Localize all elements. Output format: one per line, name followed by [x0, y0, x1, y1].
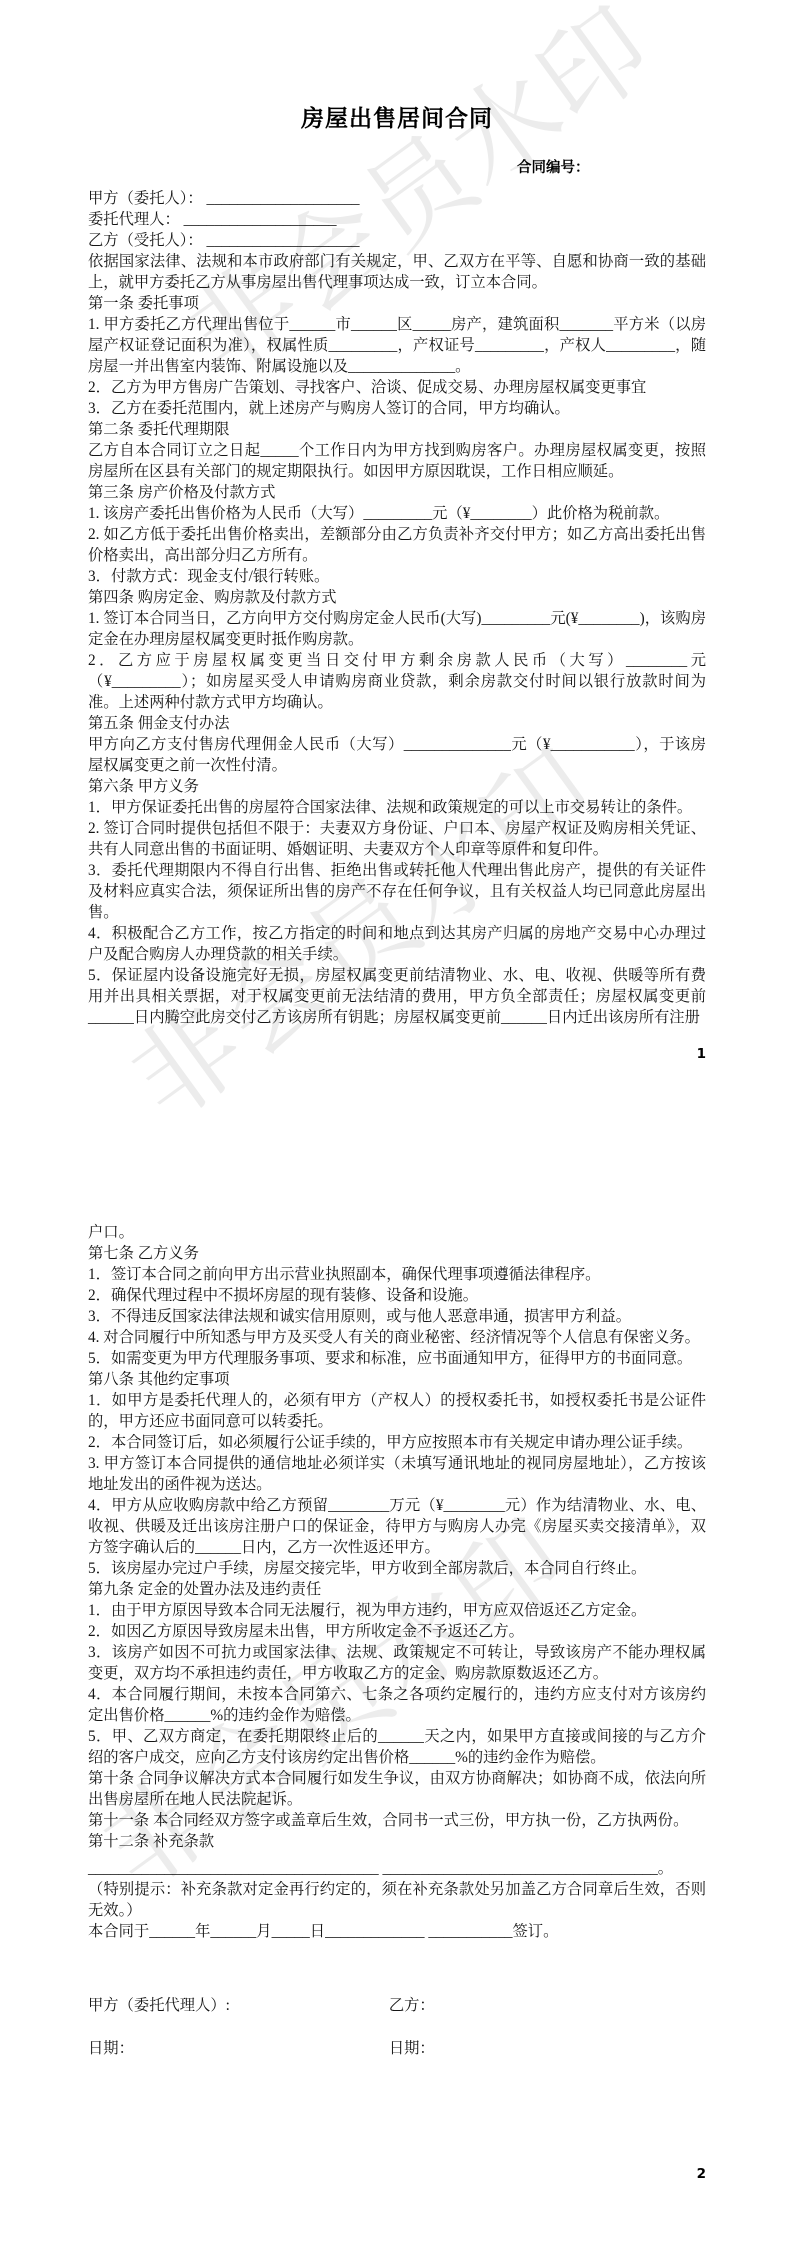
paragraph: 3．乙方在委托范围内，就上述房产与购房人签订的合同，甲方均确认。 [88, 398, 706, 419]
paragraph: 第二条 委托代理期限 [88, 419, 706, 440]
paragraph: 1．甲方保证委托出售的房屋符合国家法律、法规和政策规定的可以上市交易转让的条件。 [88, 797, 706, 818]
signature-party-b-label: 乙方： [389, 1995, 435, 2016]
signature-date-label-a: 日期： [88, 2038, 385, 2059]
paragraph: 第三条 房产价格及付款方式 [88, 482, 706, 503]
paragraph: 2. 签订合同时提供包括但不限于：夫妻双方身份证、户口本、房屋产权证及购房相关凭… [88, 818, 706, 860]
paragraph: 4．甲方从应收购房款中给乙方预留________万元（¥________元）作为… [88, 1495, 706, 1558]
paragraph: 第九条 定金的处置办法及违约责任 [88, 1579, 706, 1600]
signature-dates-row: 日期： 日期： [88, 2038, 706, 2059]
paragraph: 5．保证屋内设备设施完好无损，房屋权属变更前结清物业、水、电、收视、供暖等所有费… [88, 965, 706, 1028]
paragraph: ______________________________________ _… [88, 1858, 706, 1879]
paragraph: 乙方自本合同订立之日起_____个工作日内为甲方找到购房客户。办理房屋权属变更，… [88, 440, 706, 482]
paragraph: 乙方（受托人）： ____________________ [88, 230, 706, 251]
paragraph: 5．该房屋办完过户手续，房屋交接完毕，甲方收到全部房款后，本合同自行终止。 [88, 1558, 706, 1579]
paragraph: （特别提示：补充条款对定金再行约定的，须在补充条款处另加盖乙方合同章后生效，否则… [88, 1879, 706, 1921]
paragraph: 甲方（委托人）： ____________________ [88, 188, 706, 209]
paragraph: 3．该房产如因不可抗力或国家法律、法规、政策规定不可转让，导致该房产不能办理权属… [88, 1642, 706, 1684]
document-title: 房屋出售居间合同 [88, 100, 706, 133]
paragraph: 第十一条 本合同经双方签字或盖章后生效，合同书一式三份，甲方执一份，乙方执两份。 [88, 1810, 706, 1831]
page-number: 1 [697, 1046, 706, 1062]
page-2-paragraphs: 户口。第七条 乙方义务1．签订本合同之前向甲方出示营业执照副本，确保代理事项遵循… [88, 1222, 706, 1942]
paragraph: 3. 甲方签订本合同提供的通信地址必须详实（未填写通讯地址的视同房屋地址），乙方… [88, 1453, 706, 1495]
paragraph: 3．委托代理期限内不得自行出售、拒绝出售或转托他人代理出售此房产，提供的有关证件… [88, 860, 706, 923]
paragraph: 第七条 乙方义务 [88, 1243, 706, 1264]
paragraph: 4. 对合同履行中所知悉与甲方及买受人有关的商业秘密、经济情况等个人信息有保密义… [88, 1327, 706, 1348]
contract-document: 非会员水印 非会员水印 非会员水印 房屋出售居间合同 合同编号： 甲方（委托人）… [0, 0, 793, 2244]
paragraph: 委托代理人： ____________________ [88, 209, 706, 230]
paragraph: 3．付款方式：现金支付/银行转账。 [88, 566, 706, 587]
page-1-paragraphs: 甲方（委托人）： ____________________委托代理人： ____… [88, 188, 706, 1028]
paragraph: 2．乙方为甲方售房广告策划、寻找客户、洽谈、促成交易、办理房屋权属变更事宜 [88, 377, 706, 398]
paragraph: 2．确保代理过程中不损坏房屋的现有装修、设备和设施。 [88, 1285, 706, 1306]
paragraph: 4．本合同履行期间，未按本合同第六、七条之各项约定履行的，违约方应支付对方该房约… [88, 1684, 706, 1726]
paragraph: 第八条 其他约定事项 [88, 1369, 706, 1390]
paragraph: 3．不得违反国家法律法规和诚实信用原则，或与他人恶意串通，损害甲方利益。 [88, 1306, 706, 1327]
signature-party-a-label: 甲方（委托代理人）: [88, 1995, 385, 2016]
paragraph: 1．由于甲方原因导致本合同无法履行，视为甲方违约，甲方应双倍返还乙方定金。 [88, 1600, 706, 1621]
signature-parties-row: 甲方（委托代理人）: 乙方： [88, 1995, 706, 2016]
paragraph: 2．如因乙方原因导致房屋未出售，甲方所收定金不予返还乙方。 [88, 1621, 706, 1642]
paragraph: 2．本合同签订后，如必须履行公证手续的，甲方应按照本市有关规定申请办理公证手续。 [88, 1432, 706, 1453]
page-2: 户口。第七条 乙方义务1．签订本合同之前向甲方出示营业执照副本，确保代理事项遵循… [0, 1122, 793, 2244]
paragraph: 5．如需变更为甲方代理服务事项、要求和标准，应书面通知甲方，征得甲方的书面同意。 [88, 1348, 706, 1369]
paragraph: 1. 该房产委托出售价格为人民币（大写）_________元（¥________… [88, 503, 706, 524]
contract-number-label: 合同编号： [517, 156, 706, 177]
paragraph: 1．如甲方是委托代理人的，必须有甲方（产权人）的授权委托书，如授权委托书是公证件… [88, 1390, 706, 1432]
paragraph: 1. 签订本合同当日，乙方向甲方交付购房定金人民币(大写)_________元(… [88, 608, 706, 650]
paragraph: 4．积极配合乙方工作，按乙方指定的时间和地点到达其房产归属的房地产交易中心办理过… [88, 923, 706, 965]
paragraph: 5．甲、乙双方商定，在委托期限终止后的______天之内，如果甲方直接或间接的与… [88, 1726, 706, 1768]
paragraph: 第六条 甲方义务 [88, 776, 706, 797]
paragraph: 户口。 [88, 1222, 706, 1243]
paragraph: 2. 如乙方低于委托出售价格卖出，差额部分由乙方负责补齐交付甲方；如乙方高出委托… [88, 524, 706, 566]
signature-date-label-b: 日期： [389, 2038, 435, 2059]
paragraph: 第十二条 补充条款 [88, 1831, 706, 1852]
paragraph: 甲方向乙方支付售房代理佣金人民币（大写）______________元（¥___… [88, 734, 706, 776]
paragraph: 1. 甲方委托乙方代理出售位于______市______区_____房产，建筑面… [88, 314, 706, 377]
paragraph: 1．签订本合同之前向甲方出示营业执照副本，确保代理事项遵循法律程序。 [88, 1264, 706, 1285]
paragraph: 依据国家法律、法规和本市政府部门有关规定，甲、乙双方在平等、自愿和协商一致的基础… [88, 251, 706, 293]
page-1: 房屋出售居间合同 合同编号： 甲方（委托人）： ________________… [0, 0, 793, 1122]
paragraph: 第十条 合同争议解决方式本合同履行如发生争议，由双方协商解决；如协商不成，依法向… [88, 1768, 706, 1810]
page-number: 2 [697, 2166, 706, 2182]
paragraph: 2．乙方应于房屋权属变更当日交付甲方剩余房款人民币（大写）________元（¥… [88, 650, 706, 713]
paragraph: 本合同于______年______月_____日_____________ __… [88, 1921, 706, 1942]
paragraph: 第一条 委托事项 [88, 293, 706, 314]
signature-block: 甲方（委托代理人）: 乙方： 日期： 日期： [88, 1995, 706, 2059]
paragraph: 第四条 购房定金、购房款及付款方式 [88, 587, 706, 608]
paragraph: 第五条 佣金支付办法 [88, 713, 706, 734]
